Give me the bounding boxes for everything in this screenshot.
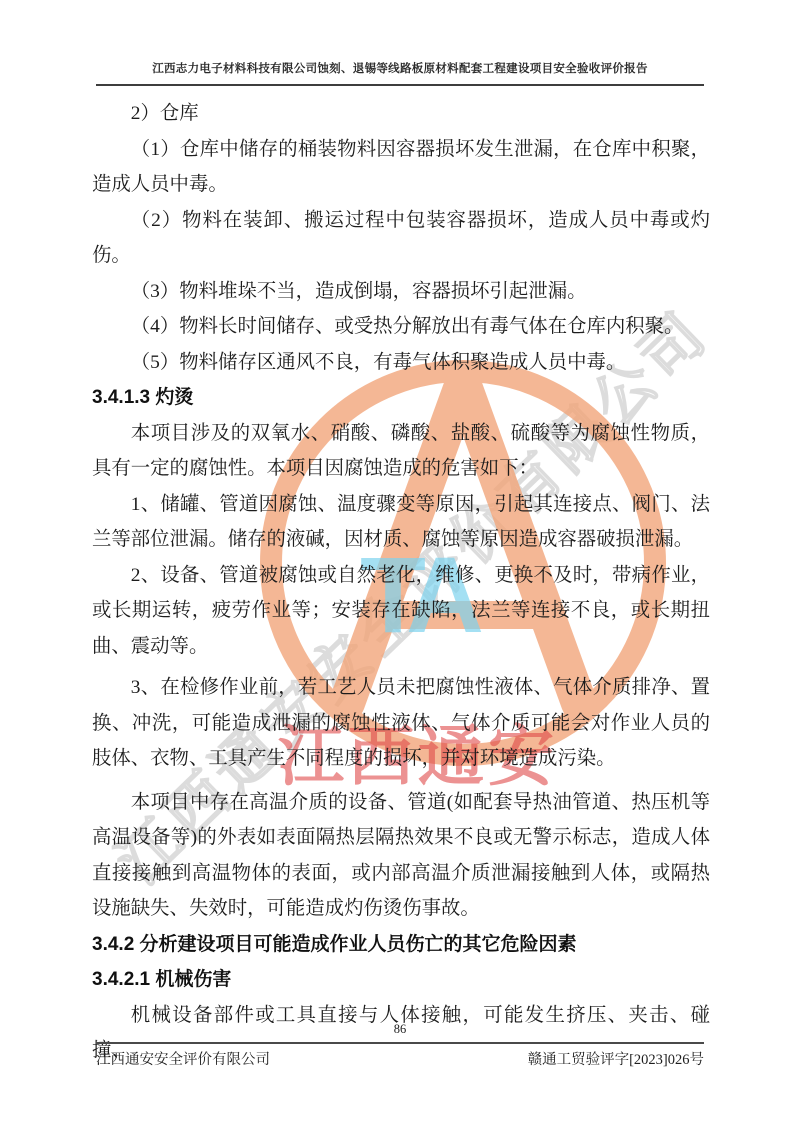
- footer-company-name: 江西通安安全评价有限公司: [96, 1048, 270, 1069]
- section-heading: 3.4.1.3 灼烫: [92, 380, 710, 416]
- paragraph: 本项目涉及的双氧水、硝酸、磷酸、盐酸、硫酸等为腐蚀性物质，具有一定的腐蚀性。本项…: [92, 416, 710, 487]
- paragraph: 本项目中存在高温介质的设备、管道(如配套导热油管道、热压机等高温设备等)的外表如…: [92, 785, 710, 927]
- section-heading: 3.4.2.1 机械伤害: [92, 962, 710, 998]
- paragraph: （1）仓库中储存的桶装物料因容器损坏发生泄漏，在仓库中积聚，造成人员中毒。: [92, 132, 710, 203]
- footer-doc-number: 赣通工贸验评字[2023]026号: [528, 1048, 704, 1069]
- paragraph: 1、储罐、管道因腐蚀、温度骤变等原因，引起其连接点、阀门、法兰等部位泄漏。储存的…: [92, 487, 710, 558]
- document-body: 2）仓库（1）仓库中储存的桶装物料因容器损坏发生泄漏，在仓库中积聚，造成人员中毒…: [92, 96, 710, 1069]
- report-header-title: 江西志力电子材料科技有限公司蚀刻、退锡等线路板原材料配套工程建设项目安全验收评价…: [96, 60, 704, 76]
- paragraph: （4）物料长时间储存、或受热分解放出有毒气体在仓库内积聚。: [92, 309, 710, 345]
- paragraph: 3、在检修作业前，若工艺人员未把腐蚀性液体、气体介质排净、置换、冲洗，可能造成泄…: [92, 670, 710, 777]
- header-divider: [96, 84, 704, 86]
- paragraph: （2）物料在装卸、搬运过程中包装容器损坏，造成人员中毒或灼伤。: [92, 203, 710, 274]
- paragraph: 2、设备、管道被腐蚀或自然老化，维修、更换不及时，带病作业，或长期运转，疲劳作业…: [92, 558, 710, 665]
- paragraph: （3）物料堆垛不当，造成倒塌，容器损坏引起泄漏。: [92, 274, 710, 310]
- footer-divider: [96, 1042, 704, 1044]
- paragraph: 2）仓库: [92, 96, 710, 132]
- section-heading: 3.4.2 分析建设项目可能造成作业人员伤亡的其它危险因素: [92, 927, 710, 963]
- document-page: 江西通安安全评价有限公司 TA 江西通安 江西志力电子材料科技有限公司蚀刻、退锡…: [0, 0, 800, 1131]
- page-number: 86: [0, 1022, 800, 1037]
- paragraph: （5）物料储存区通风不良，有毒气体积聚造成人员中毒。: [92, 345, 710, 381]
